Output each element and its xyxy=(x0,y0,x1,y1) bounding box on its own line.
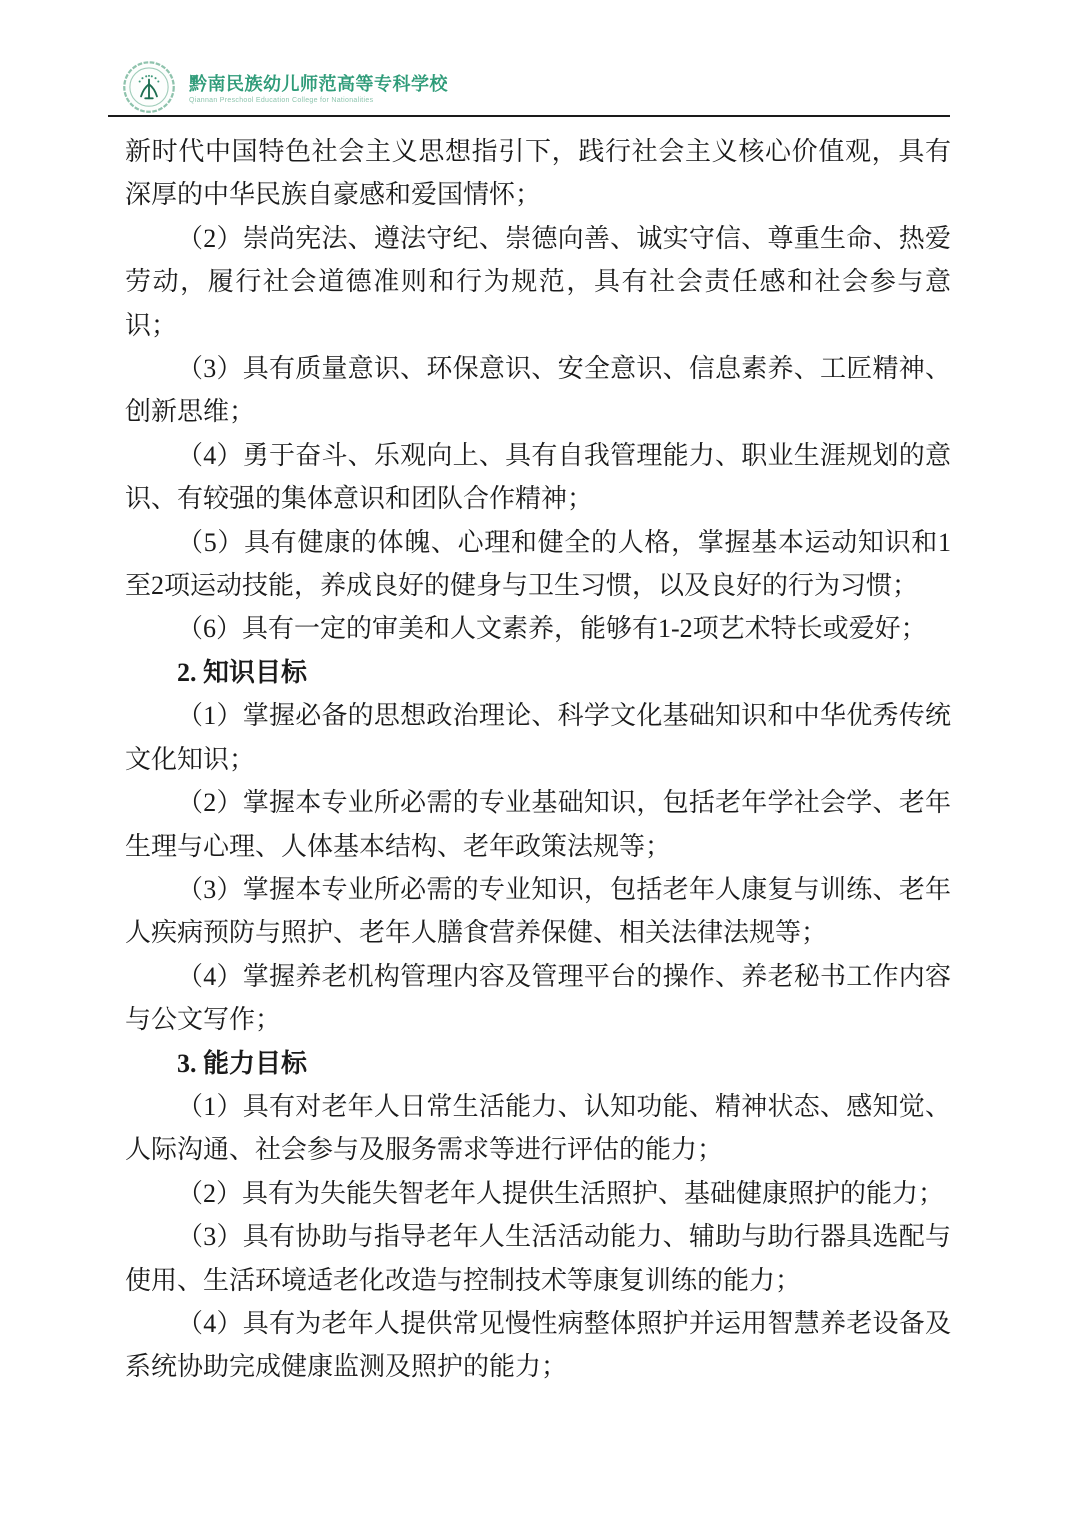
college-name-en: Qiannan Preschool Education College for … xyxy=(189,97,448,104)
paragraph: （2）具有为失能失智老年人提供生活照护、基础健康照护的能力； xyxy=(125,1172,951,1215)
paragraph: （4）勇于奋斗、乐观向上、具有自我管理能力、职业生涯规划的意识、有较强的集体意识… xyxy=(125,434,951,521)
paragraph: （1）掌握必备的思想政治理论、科学文化基础知识和中华优秀传统文化知识； xyxy=(125,694,951,781)
paragraph: （3）具有协助与指导老年人生活活动能力、辅助与助行器具选配与使用、生活环境适老化… xyxy=(125,1215,951,1302)
paragraph: （1）具有对老年人日常生活能力、认知功能、精神状态、感知觉、人际沟通、社会参与及… xyxy=(125,1085,951,1172)
paragraph: （2）崇尚宪法、遵法守纪、崇德向善、诚实守信、尊重生命、热爱劳动，履行社会道德准… xyxy=(125,217,951,347)
paragraph: （5）具有健康的体魄、心理和健全的人格，掌握基本运动知识和1至2项运动技能，养成… xyxy=(125,521,951,608)
section-heading: 2. 知识目标 xyxy=(125,651,951,694)
page-header: 黔南民族幼儿师范高等专科学校 Qiannan Preschool Educati… xyxy=(120,60,448,116)
paragraph: （3）掌握本专业所必需的专业知识，包括老年人康复与训练、老年人疾病预防与照护、老… xyxy=(125,868,951,955)
header-divider xyxy=(108,115,950,117)
paragraph: （6）具有一定的审美和人文素养，能够有1-2项艺术特长或爱好； xyxy=(125,607,951,650)
paragraph: （3）具有质量意识、环保意识、安全意识、信息素养、工匠精神、创新思维； xyxy=(125,347,951,434)
paragraph: （4）具有为老年人提供常见慢性病整体照护并运用智慧养老设备及系统协助完成健康监测… xyxy=(125,1302,951,1389)
section-heading: 3. 能力目标 xyxy=(125,1042,951,1085)
document-page: 黔南民族幼儿师范高等专科学校 Qiannan Preschool Educati… xyxy=(0,0,1074,1520)
college-brand: 黔南民族幼儿师范高等专科学校 Qiannan Preschool Educati… xyxy=(189,73,448,104)
paragraph: 新时代中国特色社会主义思想指引下，践行社会主义核心价值观，具有深厚的中华民族自豪… xyxy=(125,130,951,217)
document-body: 新时代中国特色社会主义思想指引下，践行社会主义核心价值观，具有深厚的中华民族自豪… xyxy=(125,130,951,1389)
paragraph: （2）掌握本专业所必需的专业基础知识，包括老年学社会学、老年生理与心理、人体基本… xyxy=(125,781,951,868)
college-name-zh: 黔南民族幼儿师范高等专科学校 xyxy=(189,73,448,95)
college-seal-icon xyxy=(120,60,178,116)
paragraph: （4）掌握养老机构管理内容及管理平台的操作、养老秘书工作内容与公文写作； xyxy=(125,955,951,1042)
